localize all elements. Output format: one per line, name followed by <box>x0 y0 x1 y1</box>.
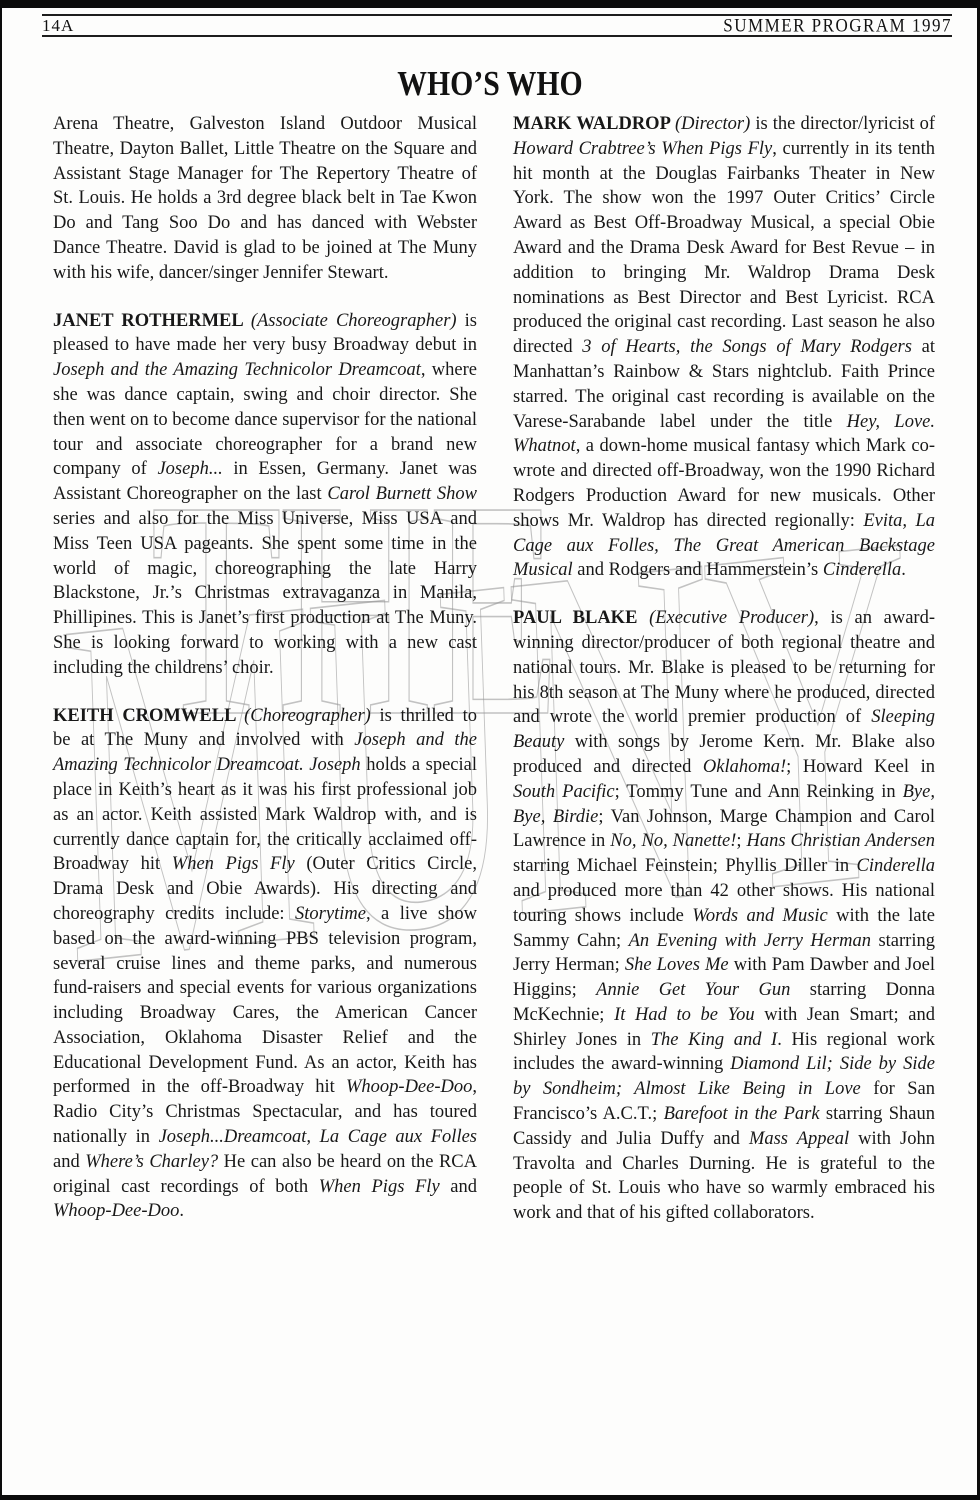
body-text: , a live show based on the award-winning… <box>53 904 477 1098</box>
page-header: 14A SUMMER PROGRAM 1997 <box>42 14 952 37</box>
bio-name: JANET ROTHERMEL <box>53 311 251 331</box>
italic-text: Hans Christian Andersen <box>747 831 935 851</box>
body-text: ; Howard Keel in <box>786 757 935 777</box>
body-text: Arena Theatre, Galveston Island Outdoor … <box>53 114 477 283</box>
italic-text: 3 of Hearts, the Songs of Mary Rodgers <box>582 337 912 357</box>
body-text: , currently in its tenth hit month at th… <box>513 139 935 357</box>
italic-text: An Evening with Jerry Herman <box>629 931 871 951</box>
italic-text: Joseph... <box>157 459 222 479</box>
italic-text: (Choreographer) <box>244 706 371 726</box>
body-text: ; Tommy Tune and Ann Reinking in <box>615 782 903 802</box>
italic-text: Storytime <box>295 904 366 924</box>
bio-paragraph: KEITH CROMWELL (Choreographer) is thrill… <box>53 704 477 1225</box>
italic-text: Carol Burnett Show <box>327 484 477 504</box>
italic-text: Words and Music <box>692 906 828 926</box>
italic-text: It Had to be You <box>614 1005 755 1025</box>
scan-edge-left <box>0 0 2 1500</box>
right-column: MARK WALDROP (Director) is the director/… <box>513 112 935 1249</box>
italic-text: When Pigs Fly <box>319 1177 440 1197</box>
scan-edge-top <box>0 0 980 8</box>
program-title: SUMMER PROGRAM 1997 <box>723 14 952 36</box>
italic-text: No, No, Nanette! <box>610 831 736 851</box>
italic-text: Annie Get Your Gun <box>596 980 790 1000</box>
italic-text: Whoop-Dee-Doo <box>53 1201 179 1221</box>
body-text: and <box>53 1152 85 1172</box>
italic-text: (Executive Producer) <box>649 608 814 628</box>
left-column: Arena Theatre, Galveston Island Outdoor … <box>53 112 477 1247</box>
bio-name: MARK WALDROP <box>513 114 675 134</box>
program-page: { "header": { "page_number": "14A", "pro… <box>0 0 980 1500</box>
body-text: and Rodgers and Hammerstein’s <box>573 560 823 580</box>
italic-text: She Loves Me <box>625 955 729 975</box>
body-text: and <box>440 1177 477 1197</box>
italic-text: When Pigs Fly <box>172 854 295 874</box>
italic-text: Where’s Charley? <box>85 1152 218 1172</box>
italic-text: Oklahoma! <box>703 757 786 777</box>
page-title: WHO’S WHO <box>74 64 907 104</box>
italic-text: Joseph and the Amazing Technicolor Dream… <box>53 360 421 380</box>
italic-text: Howard Crabtree’s When Pigs Fly <box>513 139 772 159</box>
bio-paragraph: MARK WALDROP (Director) is the director/… <box>513 112 935 583</box>
bio-paragraph: PAUL BLAKE (Executive Producer), is an a… <box>513 606 935 1226</box>
body-text: series and also for the Miss Universe, M… <box>53 509 477 678</box>
italic-text: Joseph...Dreamcoat, La Cage aux Folles <box>159 1127 477 1147</box>
body-text: ; <box>736 831 746 851</box>
italic-text: Cinderella <box>823 560 901 580</box>
italic-text: Mass Appeal <box>749 1129 849 1149</box>
body-text: . <box>901 560 906 580</box>
italic-text: (Director) <box>675 114 750 134</box>
italic-text: Cinderella <box>857 856 935 876</box>
bio-paragraph: JANET ROTHERMEL (Associate Choreographer… <box>53 309 477 681</box>
body-text: . <box>179 1201 184 1221</box>
body-text: starring Michael Feinstein; Phyllis Dill… <box>513 856 857 876</box>
italic-text: Whoop-Dee-Doo <box>346 1077 472 1097</box>
italic-text: Barefoot in the Park <box>664 1104 820 1124</box>
italic-text: The King and I <box>651 1030 777 1050</box>
scan-edge-bottom <box>0 1495 980 1500</box>
bio-paragraph: Arena Theatre, Galveston Island Outdoor … <box>53 112 477 286</box>
bio-name: KEITH CROMWELL <box>53 706 244 726</box>
bio-name: PAUL BLAKE <box>513 608 649 628</box>
page-number: 14A <box>42 16 74 36</box>
body-text: is the director/lyricist of <box>750 114 935 134</box>
italic-text: (Associate Choreographer) <box>251 311 457 331</box>
italic-text: South Pacific <box>513 782 615 802</box>
